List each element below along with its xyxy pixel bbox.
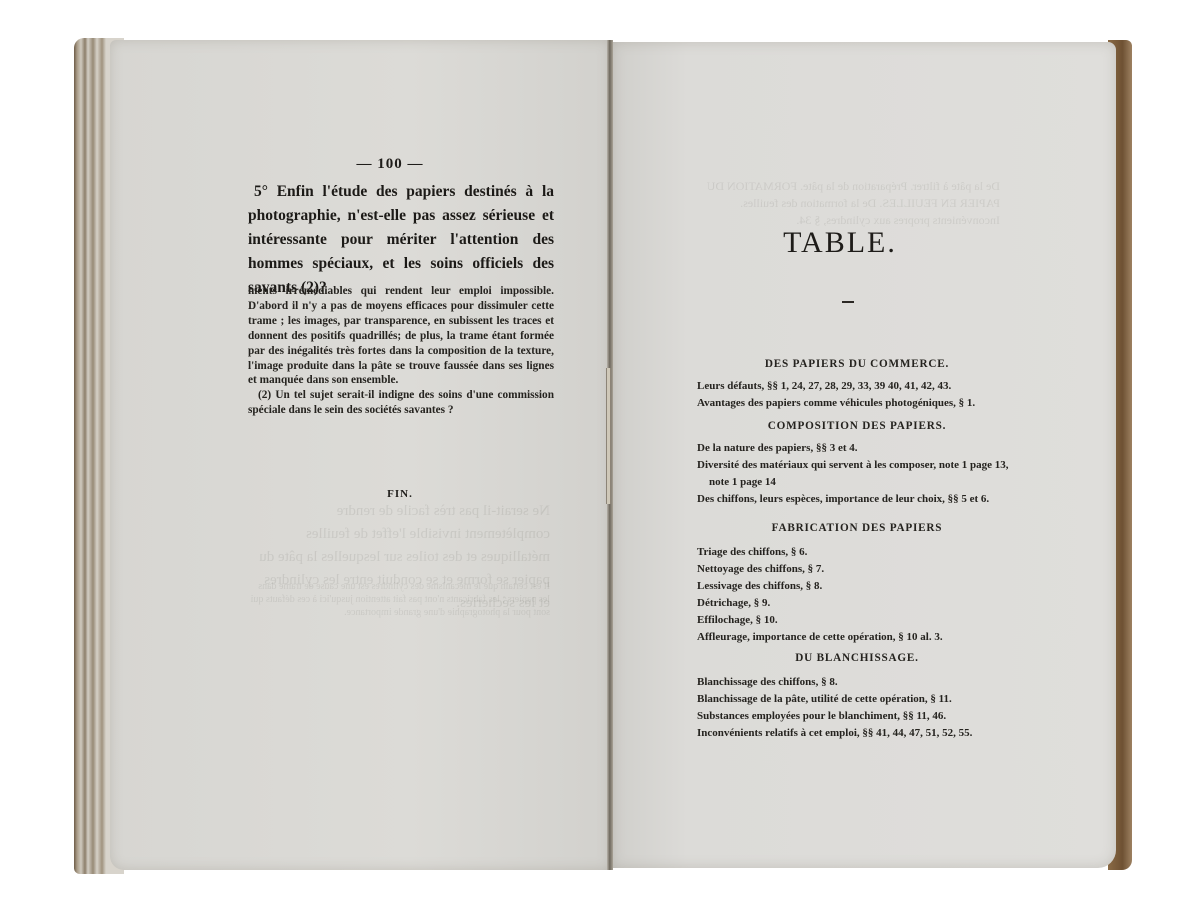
- section-heading: DES PAPIERS DU COMMERCE.: [697, 356, 1017, 372]
- toc-entry: Effilochage, § 10.: [697, 612, 1017, 629]
- toc-entry: Blanchissage de la pâte, utilité de cett…: [697, 691, 1017, 708]
- gutter-sewing-thread: [606, 368, 611, 504]
- table-title: TABLE.: [760, 226, 920, 260]
- section-heading: COMPOSITION DES PAPIERS.: [697, 418, 1017, 434]
- title-rule: [842, 301, 854, 303]
- toc-entry: Affleurage, importance de cette opératio…: [697, 629, 1017, 646]
- book-photo: Ne serait-il pas très facile de rendre c…: [0, 0, 1200, 913]
- section-heading: DU BLANCHISSAGE.: [697, 650, 1017, 666]
- footnote-continuation: nients irrémédiables qui rendent leur em…: [248, 284, 554, 388]
- toc-entry: Inconvénients relatifs à cet emploi, §§ …: [697, 725, 1017, 742]
- footnotes: nients irrémédiables qui rendent leur em…: [248, 284, 554, 418]
- section-heading: FABRICATION DES PAPIERS: [697, 520, 1017, 536]
- toc-entry: Triage des chiffons, § 6.: [697, 544, 1017, 561]
- toc-entry: Leurs défauts, §§ 1, 24, 27, 28, 29, 33,…: [697, 378, 1017, 395]
- toc-entry: Des chiffons, leurs espèces, importance …: [697, 491, 1017, 508]
- toc-entry: Diversité des matériaux qui servent à le…: [697, 457, 1017, 491]
- toc-entry: Avantages des papiers comme véhicules ph…: [697, 395, 1017, 412]
- end-mark: FIN.: [370, 488, 430, 500]
- toc-entry: Lessivage des chiffons, § 8.: [697, 578, 1017, 595]
- toc-entry: Détrichage, § 9.: [697, 595, 1017, 612]
- main-paragraph: 5° Enfin l'étude des papiers destinés à …: [248, 180, 554, 300]
- footnote-2: (2) Un tel sujet serait-il indigne des s…: [248, 388, 554, 418]
- toc-entry: Blanchissage des chiffons, § 8.: [697, 674, 1017, 691]
- page-number: — 100 —: [335, 156, 445, 173]
- toc-entry: Nettoyage des chiffons, § 7.: [697, 561, 1017, 578]
- toc-entry: Substances employées pour le blanchiment…: [697, 708, 1017, 725]
- toc-entry: De la nature des papiers, §§ 3 et 4.: [697, 440, 1017, 457]
- table-of-contents: DES PAPIERS DU COMMERCE. Leurs défauts, …: [697, 352, 1017, 742]
